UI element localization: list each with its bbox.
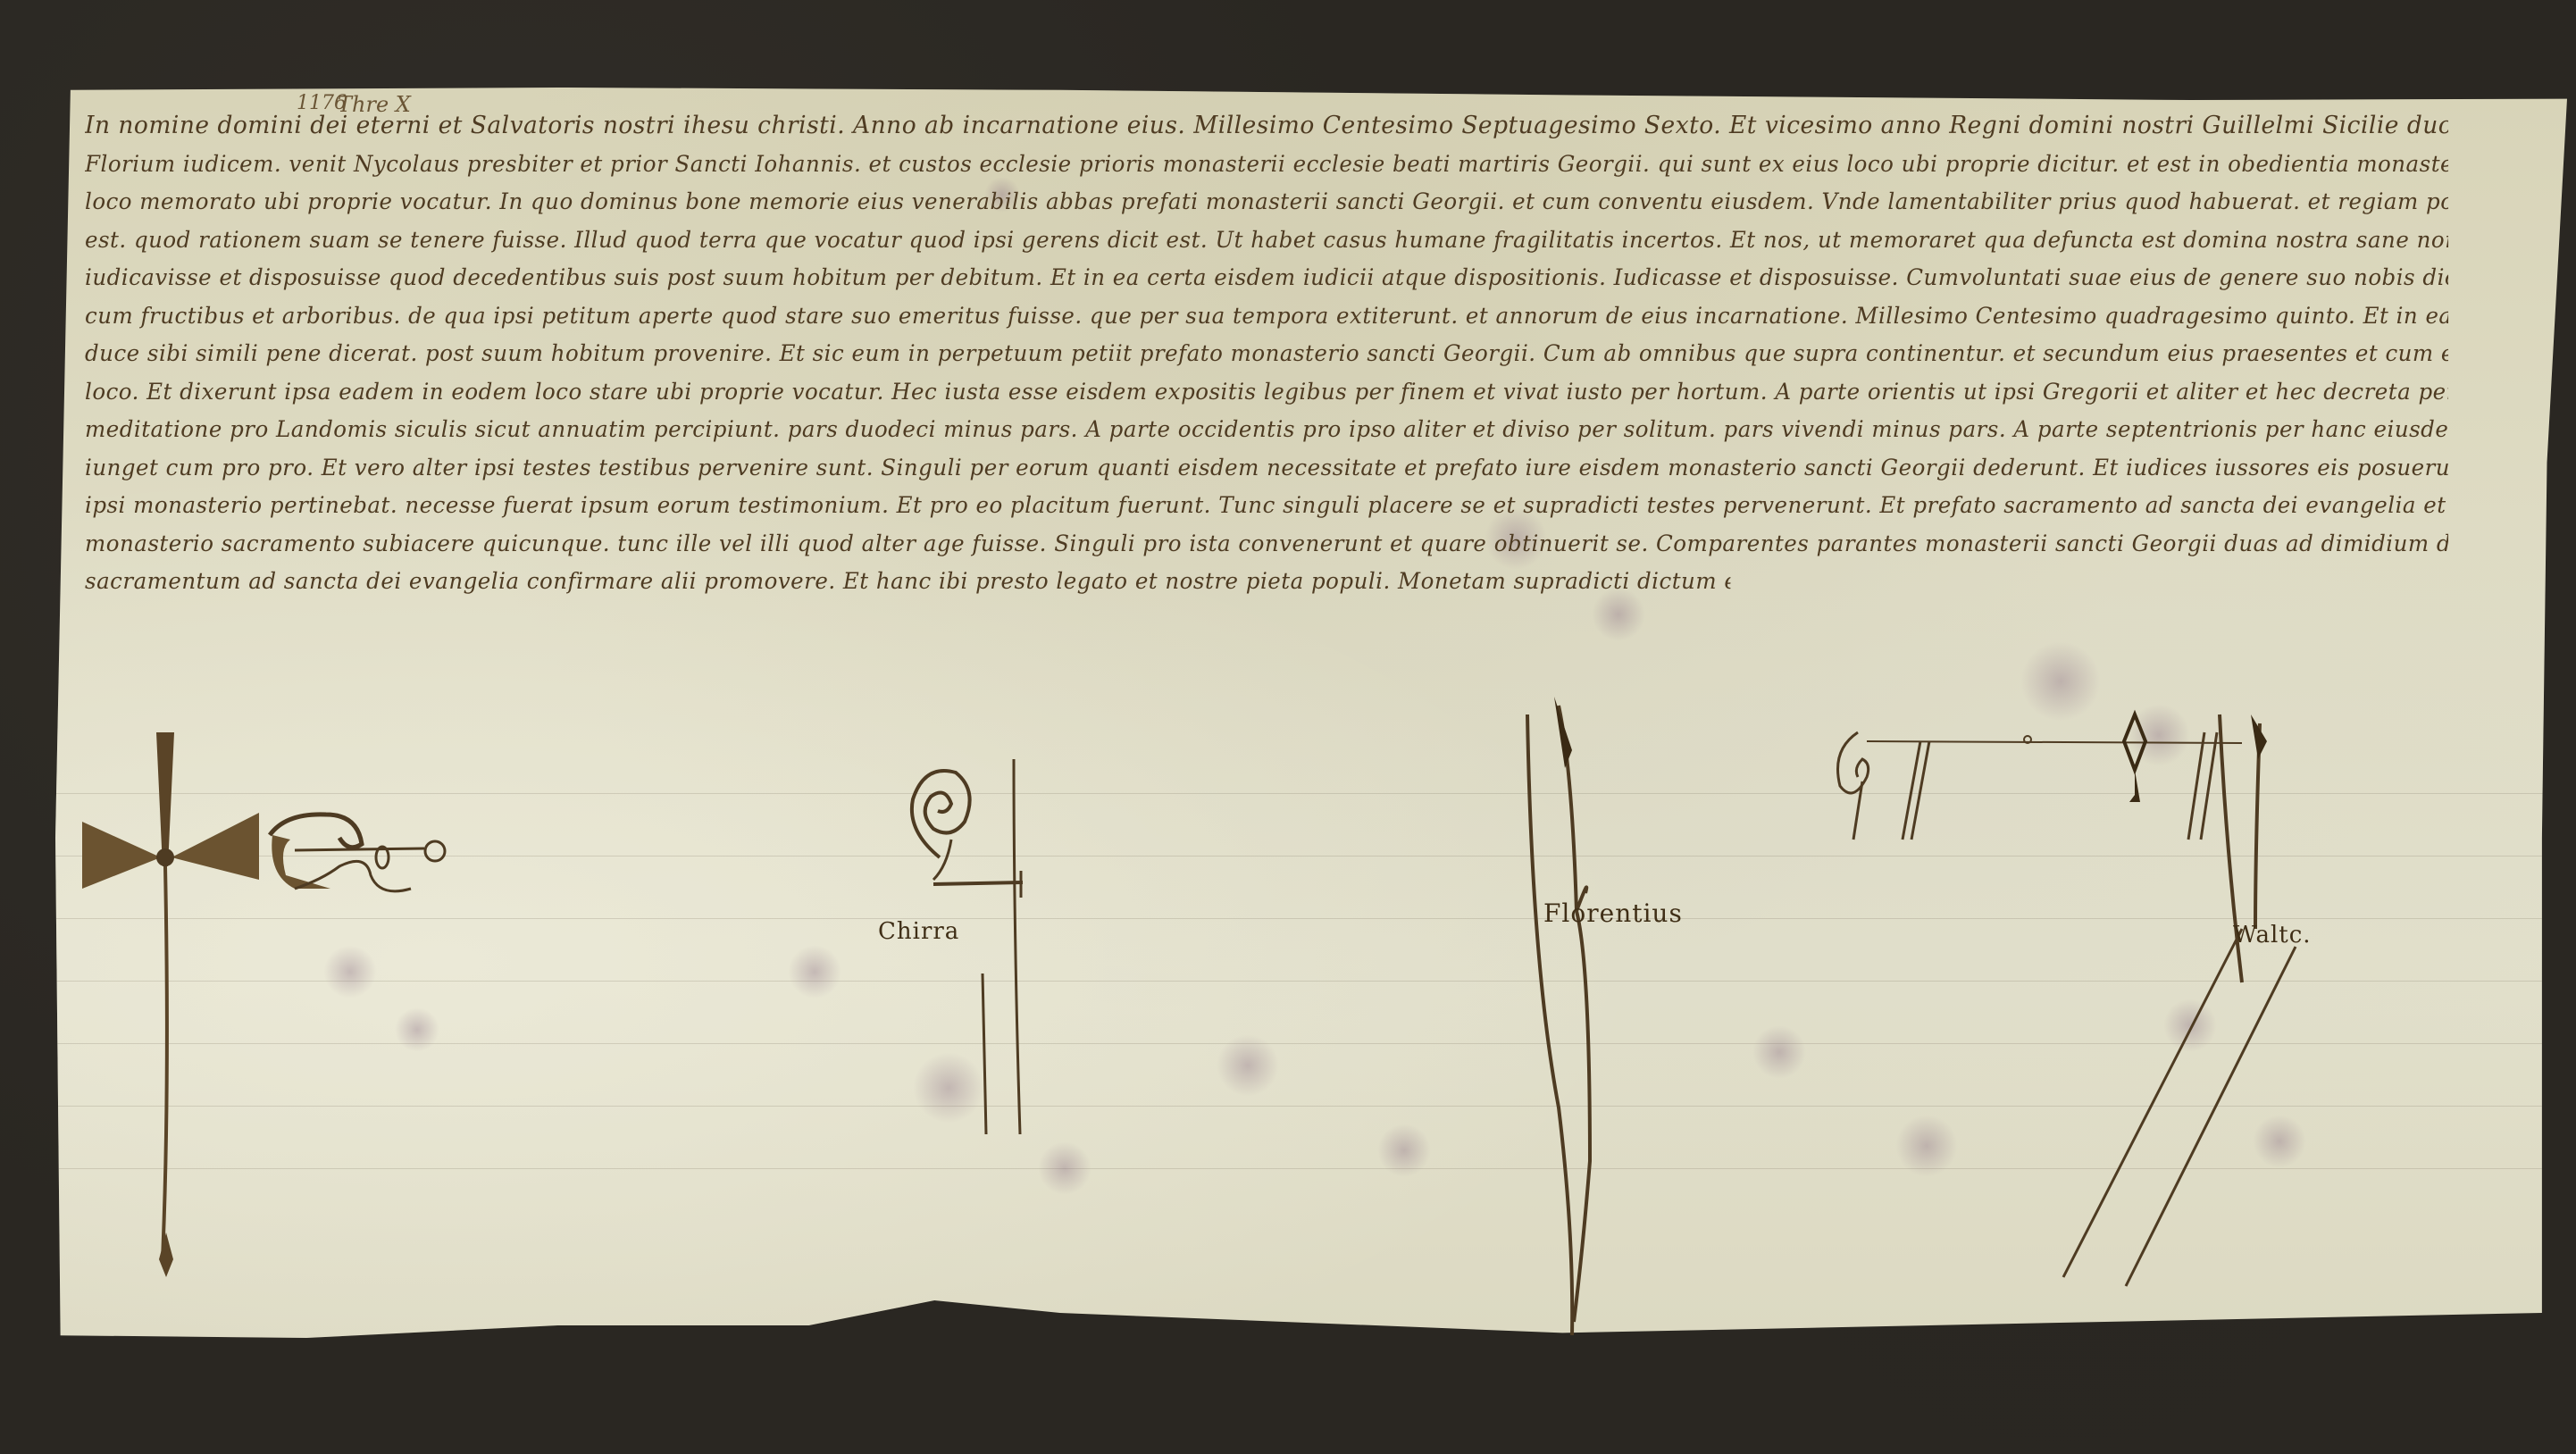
text-line-5: iudicavisse et disposuisse quod decedent… <box>85 259 2448 297</box>
text-line-12: monasterio sacramento subiacere quicunqu… <box>85 525 2448 564</box>
stain <box>1895 1115 1958 1177</box>
charter-text: In nomine domini dei eterni et Salvatori… <box>85 107 2497 601</box>
florentius-signature: Florentius <box>1543 898 1683 928</box>
crozier-spiral-signum-icon <box>893 759 1018 1134</box>
text-line-13: sacramentum ad sancta dei evangelia conf… <box>85 563 1730 601</box>
ego-cross-signum-icon <box>71 732 464 1304</box>
text-line-10: iunget cum pro pro. Et vero alter ipsi t… <box>85 449 2448 488</box>
text-line-7: duce sibi simili pene dicerat. post suum… <box>85 335 2448 373</box>
text-line-9: meditatione pro Landomis siculis sicut a… <box>85 411 2448 449</box>
stain <box>2020 641 2101 722</box>
stain <box>1038 1141 1091 1195</box>
notary-signum-icon <box>1831 714 2331 893</box>
stain <box>1377 1124 1431 1177</box>
stain <box>1217 1034 1279 1097</box>
waltc-signature: Waltc. <box>2233 922 2312 948</box>
text-line-6: cum fructibus et arboribus. de qua ipsi … <box>85 297 2448 336</box>
stain <box>1752 1025 1806 1079</box>
text-line-2: Florium iudicem. venit Nycolaus presbite… <box>85 146 2448 184</box>
florentius-descender-strokes-icon <box>1510 697 1635 1340</box>
text-line-3: loco memorato ubi proprie vocatur. In qu… <box>85 183 2448 221</box>
stain <box>788 945 841 999</box>
text-line-8: loco. Et dixerunt ipsa eadem in eodem lo… <box>85 373 2448 412</box>
text-line-1: In nomine domini dei eterni et Salvatori… <box>85 107 2448 146</box>
chirra-signature: Chirra <box>878 918 959 945</box>
text-line-11: ipsi monasterio pertinebat. necesse fuer… <box>85 487 2448 525</box>
text-line-4: est. quod rationem suam se tenere fuisse… <box>85 221 2448 260</box>
